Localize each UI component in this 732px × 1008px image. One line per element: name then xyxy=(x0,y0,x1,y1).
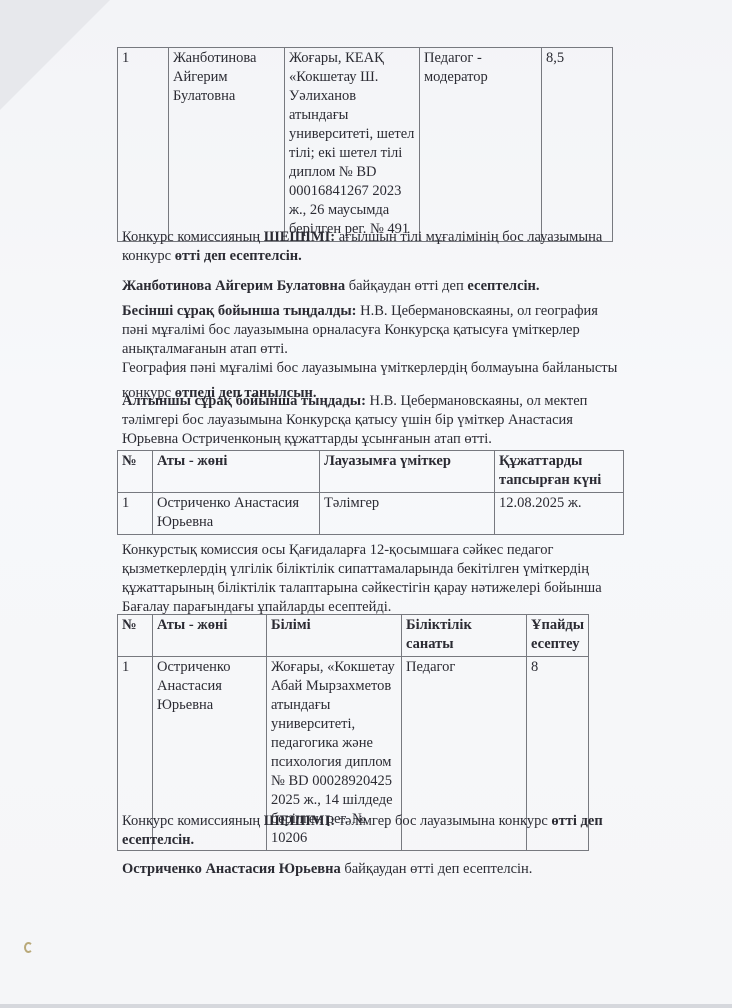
submission-date: 12.08.2025 ж. xyxy=(495,493,624,535)
col-qualification-category: Біліктілік санаты xyxy=(402,615,527,657)
col-name: Аты - жөні xyxy=(153,615,267,657)
col-submission-date: Құжаттарды тапсырған күні xyxy=(495,451,624,493)
candidate-education: Жоғары, КЕАҚ «Кокшетау Ш. Уәлиханов атын… xyxy=(285,48,420,242)
score: 8,5 xyxy=(542,48,613,242)
qualification-category: Педагог - модератор xyxy=(420,48,542,242)
page-bottom-edge xyxy=(0,1004,732,1008)
table-header-row: № Аты - жөні Білімі Біліктілік санаты Ұп… xyxy=(118,615,589,657)
col-number: № xyxy=(118,451,153,493)
row-number: 1 xyxy=(118,48,169,242)
question-five-section: Бесінші сұрақ бойынша тыңдалды: Н.В. Цеб… xyxy=(122,302,622,403)
question-five-heading: Бесінші сұрақ бойынша тыңдалды: xyxy=(122,303,356,319)
table-header-row: № Аты - жөні Лауазымға үміткер Құжаттард… xyxy=(118,451,624,493)
applicant-position: Тәлімгер xyxy=(320,493,495,535)
col-number: № xyxy=(118,615,153,657)
applicants-table: № Аты - жөні Лауазымға үміткер Құжаттард… xyxy=(117,450,624,535)
scanned-page: 1 Жанботинова Айгерим Булатовна Жоғары, … xyxy=(0,0,732,1008)
decision-mentor: Конкурс комиссияның ШЕШІМІ: тәлімгер бос… xyxy=(122,812,622,850)
commission-evaluation-text: Конкурстық комиссия осы Қағидаларға 12-қ… xyxy=(122,541,622,617)
table-row: 1 Жанботинова Айгерим Булатовна Жоғары, … xyxy=(118,48,613,242)
question-six-heading: Алтыншы сұрақ бойынша тыңдады: xyxy=(122,393,366,409)
col-name: Аты - жөні xyxy=(153,451,320,493)
punch-hole-mark xyxy=(24,942,33,953)
col-education: Білімі xyxy=(267,615,402,657)
table-row: 1 Остриченко Анастасия Юрьевна Тәлімгер … xyxy=(118,493,624,535)
winner-mentor: Остриченко Анастасия Юрьевна байқаудан ө… xyxy=(122,860,622,879)
candidate-evaluation-table-english: 1 Жанботинова Айгерим Булатовна Жоғары, … xyxy=(117,47,613,242)
question-six-section: Алтыншы сұрақ бойынша тыңдады: Н.В. Цебе… xyxy=(122,392,622,449)
col-score: Ұпайды есептеу xyxy=(527,615,589,657)
row-number: 1 xyxy=(118,493,153,535)
decision-english-teacher: Конкурс комиссияның ШЕШІМІ: ағылшын тілі… xyxy=(122,228,622,266)
col-position: Лауазымға үміткер xyxy=(320,451,495,493)
candidate-name: Жанботинова Айгерим Булатовна xyxy=(169,48,285,242)
page-corner-fold xyxy=(0,0,110,110)
applicant-name: Остриченко Анастасия Юрьевна xyxy=(153,493,320,535)
winner-english-teacher: Жанботинова Айгерим Булатовна байқаудан … xyxy=(122,277,622,296)
